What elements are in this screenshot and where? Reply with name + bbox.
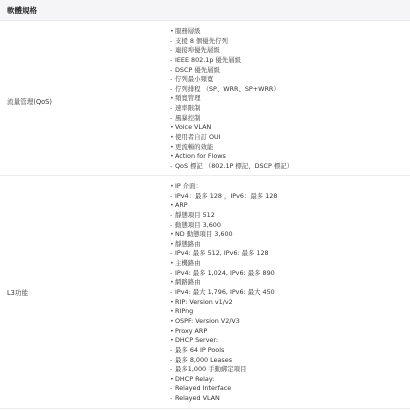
spec-item-text: OSPF: Version V2/V3 xyxy=(175,317,240,327)
spec-list-item: -佇列排程 （SP、WRR、SP+WRR） xyxy=(170,85,410,95)
spec-list-item: -IPv4：最多 128 ，IPv6：最多 128 xyxy=(170,192,410,202)
spec-list-item: -靜態項目 512 xyxy=(170,211,410,221)
spec-list-item: •OSPF: Version V2/V3 xyxy=(170,317,410,327)
spec-list-item: -最多 8,000 Leases xyxy=(170,356,410,366)
spec-row-l3: L3功能 •IP 介面：-IPv4：最多 128 ，IPv6：最多 128•AR… xyxy=(0,176,410,409)
spec-item-text: 使用者自訂 OUI xyxy=(175,133,221,143)
spec-item-text: 主機路由 xyxy=(175,259,201,269)
spec-item-text: IPv4：最多 128 ，IPv6：最多 128 xyxy=(175,192,277,202)
spec-item-text: DHCP Server: xyxy=(175,336,218,346)
spec-item-text: 風暴控制 xyxy=(175,114,201,124)
spec-list-item: -最多1,000 手動綁定項目 xyxy=(170,365,410,375)
spec-value-l3: •IP 介面：-IPv4：最多 128 ，IPv6：最多 128•ARP-靜態項… xyxy=(165,176,410,408)
spec-label-l3: L3功能 xyxy=(0,176,165,408)
spec-item-text: Action for Flows xyxy=(175,152,226,162)
spec-item-text: ARP xyxy=(175,201,188,211)
spec-item-text: IEEE 802.1p 優先層級 xyxy=(175,56,241,66)
spec-list-item: •ND 動態項目 3,600 xyxy=(170,230,410,240)
spec-item-text: 速率限制 xyxy=(175,104,201,114)
spec-list-item: -速率限制 xyxy=(170,104,410,114)
spec-item-text: QoS 標記 （802.1P 標記、DSCP 標記） xyxy=(175,162,293,172)
spec-label-qos: 流量管理(QoS) xyxy=(0,27,165,175)
spec-list-item: •主機路由 xyxy=(170,259,410,269)
spec-item-text: 網路路由 xyxy=(175,278,201,288)
spec-item-text: IPv4: 最多 1,024, IPv6: 最多 890 xyxy=(175,269,275,279)
spec-list-item: •RIP: Version v1/v2 xyxy=(170,298,410,308)
spec-item-text: RIPng xyxy=(175,307,193,317)
spec-list-item: -IEEE 802.1p 優先層級 xyxy=(170,56,410,66)
software-spec-table: 軟體規格 流量管理(QoS) •服務層級-支援 8 個優先佇列-連接埠優先層級-… xyxy=(0,0,410,409)
spec-list-item: -QoS 標記 （802.1P 標記、DSCP 標記） xyxy=(170,162,410,172)
spec-item-text: IP 介面： xyxy=(175,182,202,192)
spec-item-text: 佇列最小頻寬 xyxy=(175,75,213,85)
spec-list-item: •RIPng xyxy=(170,307,410,317)
spec-list-item: -動態項目 3,600 xyxy=(170,221,410,231)
spec-list-item: -最多 64 IP Pools xyxy=(170,346,410,356)
section-header: 軟體規格 xyxy=(0,0,410,21)
spec-item-text: 最多1,000 手動綁定項目 xyxy=(175,365,246,375)
spec-row-qos: 流量管理(QoS) •服務層級-支援 8 個優先佇列-連接埠優先層級-IEEE … xyxy=(0,21,410,176)
spec-item-text: 靜態項目 512 xyxy=(175,211,215,221)
spec-item-text: 支援 8 個優先佇列 xyxy=(175,37,228,47)
spec-list-item: •頻寬管理 xyxy=(170,94,410,104)
spec-item-text: 頻寬管理 xyxy=(175,94,201,104)
spec-list-item: •使用者自訂 OUI xyxy=(170,133,410,143)
spec-list-item: -Relayed Interface xyxy=(170,384,410,394)
spec-item-text: Proxy ARP xyxy=(175,327,207,337)
spec-item-text: DSCP 優先層級 xyxy=(175,66,220,76)
spec-item-text: DHCP Relay: xyxy=(175,375,214,385)
spec-item-text: ND 動態項目 3,600 xyxy=(175,230,233,240)
spec-list-item: •Proxy ARP xyxy=(170,327,410,337)
spec-list-item: •更流暢的效能 xyxy=(170,143,410,153)
spec-list-item: •Action for Flows xyxy=(170,152,410,162)
spec-list-item: -佇列最小頻寬 xyxy=(170,75,410,85)
spec-item-text: Voice VLAN xyxy=(175,123,211,133)
spec-list-item: •網路路由 xyxy=(170,278,410,288)
spec-item-text: IPv4: 最多 512, IPv6: 最多 128 xyxy=(175,249,269,259)
spec-list-item: •IP 介面： xyxy=(170,182,410,192)
spec-item-text: 更流暢的效能 xyxy=(175,143,213,153)
spec-list-item: -連接埠優先層級 xyxy=(170,46,410,56)
spec-list-item: -IPv4: 最多 512, IPv6: 最多 128 xyxy=(170,249,410,259)
spec-list-item: -DSCP 優先層級 xyxy=(170,66,410,76)
spec-item-text: 服務層級 xyxy=(175,27,201,37)
spec-list-item: •ARP xyxy=(170,201,410,211)
spec-list-item: -支援 8 個優先佇列 xyxy=(170,37,410,47)
spec-value-qos: •服務層級-支援 8 個優先佇列-連接埠優先層級-IEEE 802.1p 優先層… xyxy=(165,27,410,175)
spec-item-text: Relayed Interface xyxy=(175,384,231,394)
spec-list-item: -風暴控制 xyxy=(170,114,410,124)
spec-item-text: 最多 64 IP Pools xyxy=(175,346,224,356)
spec-item-text: 最多 8,000 Leases xyxy=(175,356,232,366)
spec-list-item: •DHCP Relay: xyxy=(170,375,410,385)
spec-list-item: •Voice VLAN xyxy=(170,123,410,133)
spec-list-item: •服務層級 xyxy=(170,27,410,37)
spec-item-text: 動態項目 3,600 xyxy=(175,221,221,231)
spec-list-item: •DHCP Server: xyxy=(170,336,410,346)
spec-item-text: IPv4: 最大 1,796, IPv6: 最大 450 xyxy=(175,288,275,298)
spec-list-item: -IPv4: 最多 1,024, IPv6: 最多 890 xyxy=(170,269,410,279)
spec-item-text: 連接埠優先層級 xyxy=(175,46,220,56)
spec-item-text: RIP: Version v1/v2 xyxy=(175,298,233,308)
section-title: 軟體規格 xyxy=(7,5,37,16)
spec-list-item: -IPv4: 最大 1,796, IPv6: 最大 450 xyxy=(170,288,410,298)
spec-list-item: -Relayed VLAN xyxy=(170,394,410,404)
spec-item-text: Relayed VLAN xyxy=(175,394,220,404)
